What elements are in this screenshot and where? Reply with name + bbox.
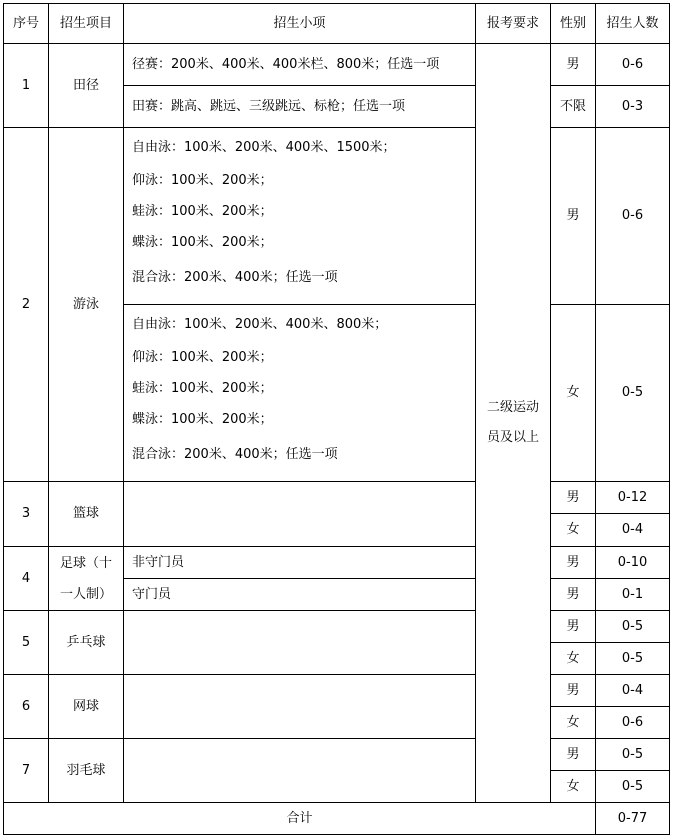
swim-item: 蛙泳：100米、200米； [132, 380, 273, 398]
header-seq: 序号 [3, 3, 49, 44]
row-1-seq: 1 [3, 43, 49, 128]
swim-item: 混合泳：200米、400米；任选一项 [132, 446, 338, 464]
requirement-line-2: 员及以上 [487, 423, 539, 453]
row-5-quota-1: 0-5 [595, 610, 670, 643]
row-4-quota-2: 0-1 [595, 578, 670, 611]
row-7-gender-1: 男 [550, 738, 596, 771]
row-3-quota-2: 0-4 [595, 513, 670, 547]
total-label: 合计 [3, 802, 596, 835]
row-3-sub [123, 481, 476, 547]
row-2-sub-2: 自由泳：100米、200米、400米、800米； 仰泳：100米、200米； 蛙… [123, 304, 476, 482]
row-4-sub-2: 守门员 [123, 578, 476, 611]
row-4-project-line-1: 足球（十 [60, 548, 112, 580]
row-2-project: 游泳 [48, 127, 124, 482]
row-7-gender-2: 女 [550, 770, 596, 803]
swim-item: 自由泳：100米、200米、400米、1500米； [132, 139, 396, 157]
header-requirement: 报考要求 [475, 3, 551, 44]
row-6-project: 网球 [48, 674, 124, 739]
row-7-sub [123, 738, 476, 803]
requirement-line-1: 二级运动 [487, 393, 539, 423]
swim-item: 蛙泳：100米、200米； [132, 203, 273, 221]
row-3-gender-1: 男 [550, 481, 596, 514]
row-1-sub-1: 径赛：200米、400米、400米栏、800米；任选一项 [123, 43, 476, 86]
row-6-gender-1: 男 [550, 674, 596, 707]
swim-item: 仰泳：100米、200米； [132, 172, 273, 190]
row-4-project-line-2: 一人制） [60, 580, 112, 610]
row-7-project: 羽毛球 [48, 738, 124, 803]
row-1-sub-2: 田赛：跳高、跳远、三级跳远、标枪；任选一项 [123, 85, 476, 128]
swim-item: 混合泳：200米、400米；任选一项 [132, 269, 338, 287]
row-4-gender-2: 男 [550, 578, 596, 611]
row-1-gender-2: 不限 [550, 85, 596, 128]
row-7-quota-2: 0-5 [595, 770, 670, 803]
row-7-quota-1: 0-5 [595, 738, 670, 771]
row-5-sub [123, 610, 476, 675]
row-4-gender-1: 男 [550, 546, 596, 579]
row-1-quota-1: 0-6 [595, 43, 670, 86]
row-4-sub-1: 非守门员 [123, 546, 476, 579]
row-4-seq: 4 [3, 546, 49, 611]
row-5-gender-1: 男 [550, 610, 596, 643]
row-4-quota-1: 0-10 [595, 546, 670, 579]
swim-item: 自由泳：100米、200米、400米、800米； [132, 316, 387, 334]
row-7-seq: 7 [3, 738, 49, 803]
swim-item: 蝶泳：100米、200米； [132, 411, 273, 429]
swim-item: 仰泳：100米、200米； [132, 349, 273, 367]
header-sub-items: 招生小项 [123, 3, 476, 44]
header-quota: 招生人数 [595, 3, 670, 44]
row-3-project: 篮球 [48, 481, 124, 547]
header-gender: 性别 [550, 3, 596, 44]
enrollment-table: 序号 招生项目 招生小项 报考要求 性别 招生人数 1 田径 径赛：200米、4… [3, 3, 670, 835]
row-2-seq: 2 [3, 127, 49, 482]
row-5-quota-2: 0-5 [595, 642, 670, 675]
total-quota: 0-77 [595, 802, 670, 835]
row-6-sub [123, 674, 476, 739]
row-2-quota-2: 0-5 [595, 304, 670, 482]
row-1-gender-1: 男 [550, 43, 596, 86]
row-3-quota-1: 0-12 [595, 481, 670, 514]
row-6-seq: 6 [3, 674, 49, 739]
row-2-quota-1: 0-6 [595, 127, 670, 305]
row-5-project: 乒乓球 [48, 610, 124, 675]
row-6-gender-2: 女 [550, 706, 596, 739]
row-1-quota-2: 0-3 [595, 85, 670, 128]
row-1-project: 田径 [48, 43, 124, 128]
row-6-quota-2: 0-6 [595, 706, 670, 739]
row-5-gender-2: 女 [550, 642, 596, 675]
swim-item: 蝶泳：100米、200米； [132, 234, 273, 252]
requirement-cell: 二级运动 员及以上 [475, 43, 551, 803]
row-3-seq: 3 [3, 481, 49, 547]
row-4-project: 足球（十 一人制） [48, 546, 124, 611]
row-2-sub-1: 自由泳：100米、200米、400米、1500米； 仰泳：100米、200米； … [123, 127, 476, 305]
header-project: 招生项目 [48, 3, 124, 44]
row-2-gender-1: 男 [550, 127, 596, 305]
row-5-seq: 5 [3, 610, 49, 675]
row-2-gender-2: 女 [550, 304, 596, 482]
row-6-quota-1: 0-4 [595, 674, 670, 707]
row-3-gender-2: 女 [550, 513, 596, 547]
